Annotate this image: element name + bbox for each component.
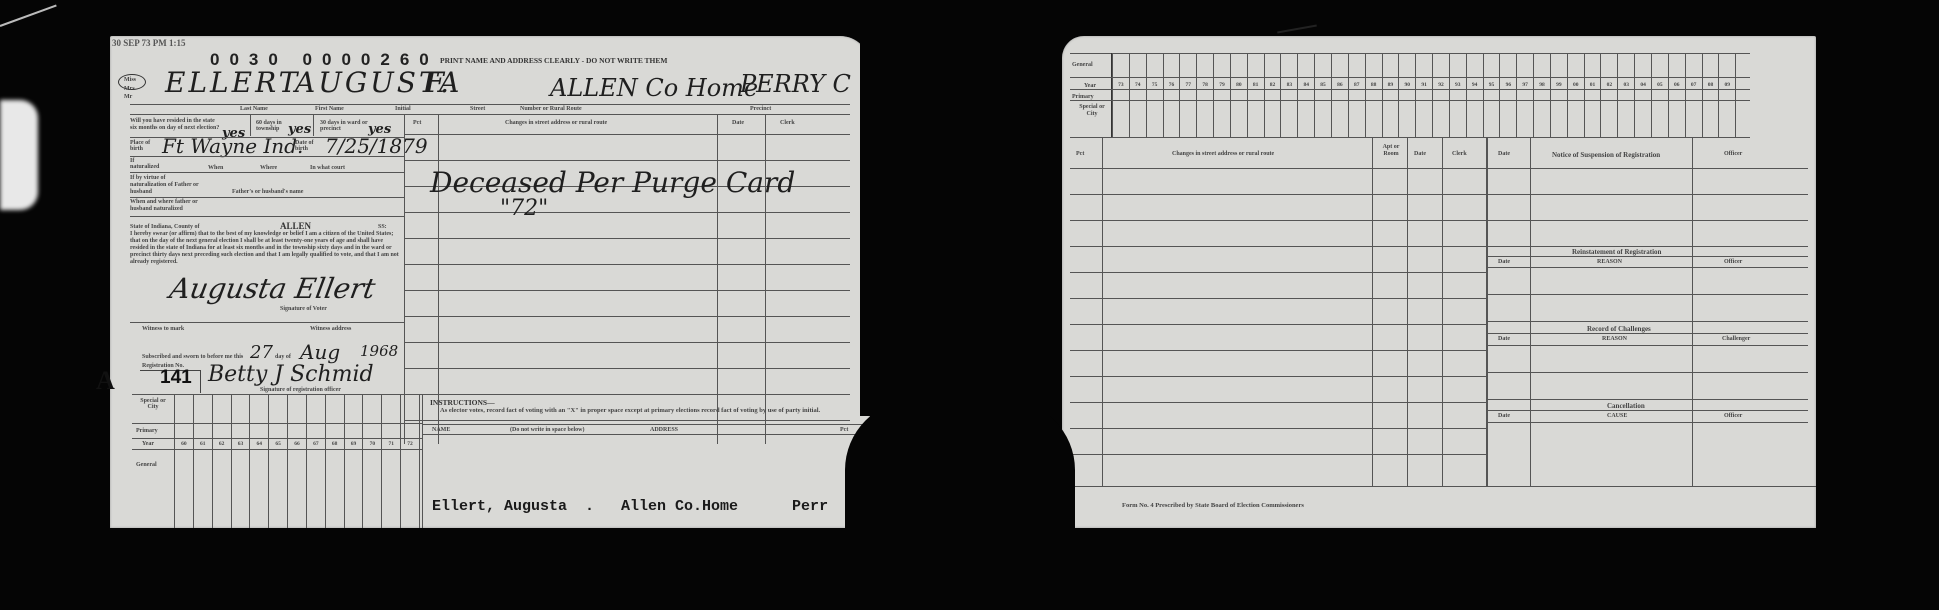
grid-row-year: Year — [142, 441, 154, 447]
voter-signature-label: Signature of Voter — [280, 306, 327, 312]
back-pct-header: Pct — [1076, 151, 1084, 157]
voter-signature: Augusta Ellert — [167, 272, 378, 305]
oath-ss: SS: — [378, 224, 387, 230]
date-of-birth: 7/25/1879 — [325, 134, 428, 158]
front-vote-grid: 60 61 62 63 64 65 66 67 68 69 70 71 72 — [174, 394, 420, 528]
change-entry-year: "72" — [500, 196, 548, 221]
last-name: ELLERT — [165, 66, 300, 99]
date-header: Date — [732, 120, 744, 126]
clerk-header: Clerk — [780, 120, 795, 126]
film-glare — [0, 100, 38, 210]
film-gap — [860, 36, 1060, 416]
place-of-birth-label: Place of birth — [130, 140, 160, 152]
form-footer: Form No. 4 Prescribed by State Board of … — [1122, 502, 1304, 509]
when-label: When — [208, 165, 223, 171]
back-changes-header: Changes in street address or rural route — [1172, 151, 1274, 157]
reinstatement-reason-header: REASON — [1597, 259, 1622, 265]
oath-text: I hereby swear (or affirm) that to the b… — [130, 231, 400, 266]
back-grid-row-general: General — [1072, 62, 1093, 68]
witness-label: Witness to mark — [142, 326, 184, 332]
date-of-birth-label: Date of birth — [295, 140, 325, 152]
oath-county: ALLEN — [280, 221, 311, 231]
challenges-challenger-header: Challenger — [1722, 336, 1750, 342]
subscribed-day: 27 — [250, 342, 273, 363]
film-scratch — [0, 5, 57, 27]
registration-number: 141 — [160, 367, 192, 389]
street-label: Street — [470, 106, 485, 112]
back-apt-header: Apt or Room — [1376, 144, 1406, 158]
registration-card-front: 30 SEP 73 PM 1:15 0030 0000260 PRINT NAM… — [110, 36, 870, 528]
question-ward: 30 days in ward or precinct — [320, 120, 370, 132]
challenges-date-header: Date — [1498, 336, 1510, 342]
suspension-title: Notice of Suspension of Registration — [1552, 151, 1660, 159]
back-clerk-header: Clerk — [1452, 151, 1467, 157]
typed-name-address: Ellert, Augusta . Allen Co.Home Perr — [432, 498, 828, 515]
grid-row-general: General — [136, 462, 157, 468]
title-miss: Miss — [124, 77, 136, 83]
back-vote-grid: 73 74 75 76 77 78 79 80 81 82 83 84 85 8… — [1112, 53, 1736, 137]
subscribed-month: Aug — [300, 340, 340, 364]
instructions-title: INSTRUCTIONS— — [430, 398, 495, 407]
suspension-date-header: Date — [1498, 151, 1510, 157]
back-grid-row-special: Special or City — [1074, 104, 1110, 118]
subscribed-year: 1968 — [360, 342, 398, 360]
initial-label: Initial — [395, 106, 411, 112]
street-address: ALLEN Co Home — [550, 74, 758, 102]
cancellation-date-header: Date — [1498, 413, 1510, 419]
grid-row-primary: Primary — [136, 428, 158, 434]
first-name-label: First Name — [315, 106, 344, 112]
last-name-label: Last Name — [240, 106, 268, 112]
registrar-signature: Betty J Schmid — [208, 362, 374, 387]
place-of-birth: Ft Wayne Ind. — [162, 134, 303, 158]
pct-header: Pct — [413, 120, 421, 126]
do-not-write-label: (Do not write in space below) — [510, 427, 585, 433]
changes-header: Changes in street address or rural route — [505, 120, 607, 126]
cancellation-cause-header: CAUSE — [1607, 413, 1627, 419]
registration-card-back: General Year Primary Special or City 73 … — [1062, 36, 1816, 528]
challenges-title: Record of Challenges — [1587, 325, 1651, 333]
change-entry: Deceased Per Purge Card — [430, 166, 795, 199]
registrar-signature-label: Signature of registration officer — [260, 387, 341, 393]
title-mr: Mr — [124, 94, 132, 100]
oath-state-county: State of Indiana, County of — [130, 224, 200, 230]
section-letter: A — [96, 366, 115, 396]
cancellation-officer-header: Officer — [1724, 413, 1742, 419]
by-virtue-label: If by virtue of naturalization of Father… — [130, 175, 200, 196]
question-state: Will you have resided in the state six m… — [130, 118, 220, 132]
naturalized-label: If naturalized — [130, 158, 160, 170]
film-shadow — [845, 400, 1075, 610]
reinstatement-title: Reinstatement of Registration — [1572, 248, 1661, 256]
pct-label: Pct — [840, 427, 848, 433]
precinct: PERRY C — [740, 70, 851, 98]
reinstatement-officer-header: Officer — [1724, 259, 1742, 265]
day-of-label: day of — [275, 354, 291, 360]
header-note: PRINT NAME AND ADDRESS CLEARLY - DO NOT … — [440, 56, 667, 65]
reinstatement-date-header: Date — [1498, 259, 1510, 265]
instructions-text: As elector votes, record fact of voting … — [440, 407, 860, 414]
when-where-father-label: When and where father or husband natural… — [130, 199, 210, 213]
back-date-header: Date — [1414, 151, 1426, 157]
cancellation-title: Cancellation — [1607, 402, 1645, 410]
precinct-label: Precinct — [750, 106, 771, 112]
challenges-reason-header: REASON — [1602, 336, 1627, 342]
initial: F. — [425, 66, 449, 99]
number-route-label: Number or Rural Route — [520, 106, 582, 112]
witness-address-label: Witness address — [310, 326, 351, 332]
title-mrs: Mrs — [124, 86, 135, 92]
where-label: Where — [260, 165, 277, 171]
suspension-officer-header: Officer — [1724, 151, 1742, 157]
time-stamp: 30 SEP 73 PM 1:15 — [112, 38, 186, 48]
what-court-label: In what court — [310, 165, 345, 171]
name-label: NAME — [432, 427, 450, 433]
address-label: ADDRESS — [650, 427, 678, 433]
subscribed-label: Subscribed and sworn to before me this — [142, 354, 243, 360]
grid-row-special: Special or City — [136, 398, 170, 410]
fathers-name-label: Father's or husband's name — [232, 189, 303, 195]
